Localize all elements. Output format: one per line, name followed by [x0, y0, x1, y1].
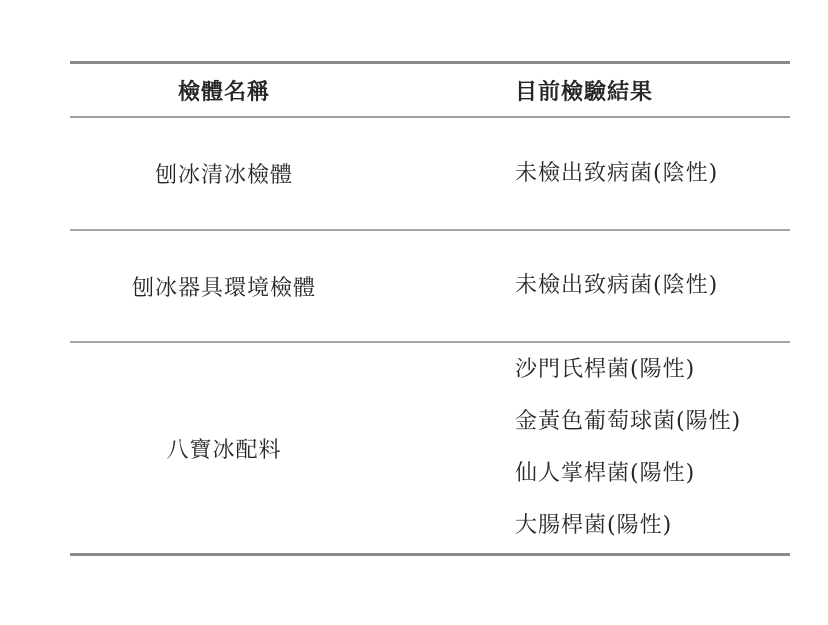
result-line: 仙人掌桿菌(陽性)	[515, 448, 790, 500]
table-row: 刨冰清冰檢體 未檢出致病菌(陰性)	[70, 118, 790, 231]
document-page: { "table": { "columns": [ { "label": "檢體…	[0, 0, 828, 625]
result-cell: 未檢出致病菌(陰性)	[378, 161, 790, 187]
specimen-name-cell: 刨冰清冰檢體	[70, 158, 378, 189]
result-line: 未檢出致病菌(陰性)	[515, 273, 790, 299]
specimen-name-cell: 八寶冰配料	[70, 433, 378, 464]
result-cell: 未檢出致病菌(陰性)	[378, 273, 790, 299]
inspection-results-table: 檢體名稱 目前檢驗結果 刨冰清冰檢體 未檢出致病菌(陰性) 刨冰器具環境檢體 未…	[70, 61, 790, 556]
table-row: 刨冰器具環境檢體 未檢出致病菌(陰性)	[70, 231, 790, 343]
result-line: 未檢出致病菌(陰性)	[515, 161, 790, 187]
table-row: 八寶冰配料 沙門氏桿菌(陽性) 金黃色葡萄球菌(陽性) 仙人掌桿菌(陽性) 大腸…	[70, 343, 790, 556]
result-cell: 沙門氏桿菌(陽性) 金黃色葡萄球菌(陽性) 仙人掌桿菌(陽性) 大腸桿菌(陽性)	[378, 344, 790, 552]
table-header-row: 檢體名稱 目前檢驗結果	[70, 61, 790, 118]
result-line: 金黃色葡萄球菌(陽性)	[515, 396, 790, 448]
result-line: 大腸桿菌(陽性)	[515, 500, 790, 552]
result-line: 沙門氏桿菌(陽性)	[515, 344, 790, 396]
specimen-name-cell: 刨冰器具環境檢體	[70, 271, 378, 302]
column-header-specimen-name: 檢體名稱	[70, 75, 378, 106]
column-header-current-test-result: 目前檢驗結果	[378, 75, 790, 106]
